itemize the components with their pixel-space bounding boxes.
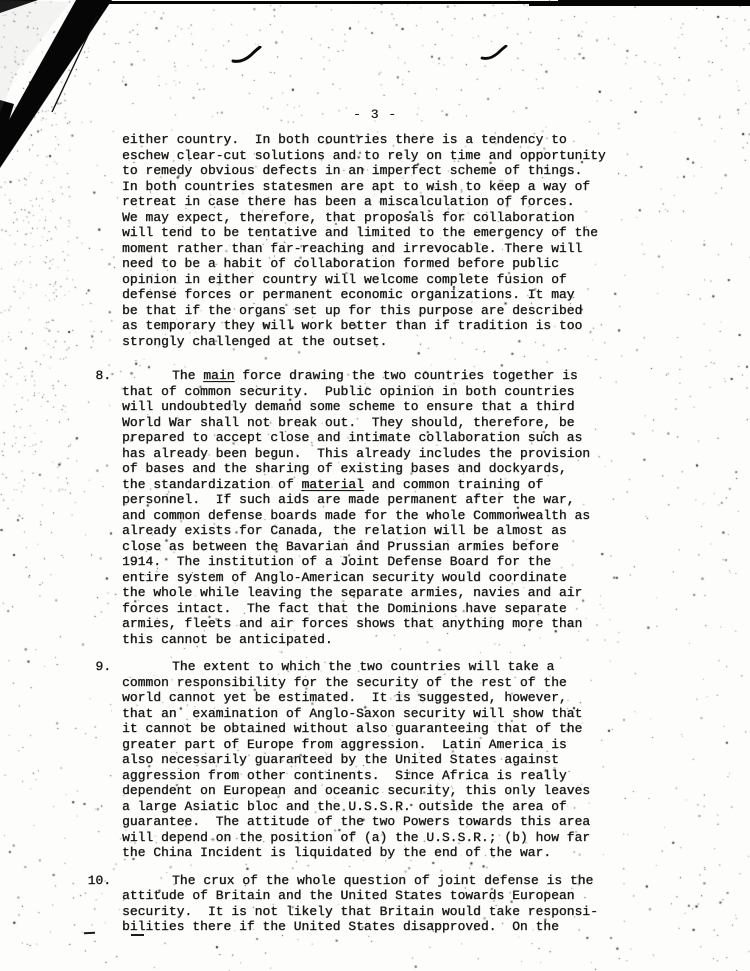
scan-corner-fold-artifact (0, 0, 200, 200)
paragraph-number: 9. (95, 659, 111, 675)
text-line: forces intact. The fact that the Dominio… (122, 601, 662, 617)
text-line: The extent to which the two countries wi… (122, 659, 662, 675)
paragraph-number: 10. (88, 873, 111, 889)
handwritten-checkmark-icon (231, 46, 263, 66)
text-line: The crux of the whole question of joint … (122, 873, 662, 889)
paragraph-9: 9.The extent to which the two countries … (122, 659, 662, 861)
text-line: The main force drawing the two countries… (122, 368, 662, 384)
text-line: as temporary they will work better than … (122, 318, 662, 334)
text-line: will depend on the position of (a) the U… (122, 830, 662, 846)
document-body: either country. In both countries there … (122, 132, 662, 935)
scan-edge-bar-top-right (558, 0, 750, 6)
text-line: prepared to accept close and intimate co… (122, 430, 662, 446)
text-line: need to be a habit of collaboration form… (122, 256, 662, 272)
paragraph-8: 8.The main force drawing the two countri… (122, 368, 662, 647)
text-line: will undoubtedly demand some scheme to e… (122, 399, 662, 415)
paragraph-continuation: either country. In both countries there … (122, 132, 662, 349)
text-line: a large Asiatic bloc and the U.S.S.R. ou… (122, 799, 662, 815)
text-line: it cannot be obtained without also guara… (122, 721, 662, 737)
text-line: opinion in either country will welcome c… (122, 272, 662, 288)
text-line: dependent on European and oceanic securi… (122, 783, 662, 799)
text-line: strongly challenged at the outset. (122, 334, 662, 350)
text-line: greater part of Europe from aggression. … (122, 737, 662, 753)
text-line: We may expect, therefore, that proposals… (122, 210, 662, 226)
text-line: world cannot yet be estimated. It is sug… (122, 690, 662, 706)
text-line: that of common security. Public opinion … (122, 384, 662, 400)
text-line: guarantee. The attitude of the two Power… (122, 814, 662, 830)
text-line: of bases and the sharing of existing bas… (122, 461, 662, 477)
text-line: eschew clear-cut solutions and to rely o… (122, 148, 662, 164)
paragraph-10: 10.The crux of the whole question of joi… (122, 873, 662, 935)
text-line: aggression from other continents. Since … (122, 768, 662, 784)
text-line: defense forces or permanent economic org… (122, 287, 662, 303)
text-line: personnel. If such aids are made permane… (122, 492, 662, 508)
scanned-document-page: - 3 - either country. In both countries … (0, 0, 750, 971)
text-line: attitude of Britain and the United State… (122, 888, 662, 904)
text-line: entire system of Anglo-American security… (122, 570, 662, 586)
text-line: also necessarily guaranteed by the Unite… (122, 752, 662, 768)
handwritten-checkmark-icon (480, 45, 508, 63)
text-line: moment rather than far-reaching and irre… (122, 241, 662, 257)
text-line: will tend to be tentative and limited to… (122, 225, 662, 241)
text-line: World War shall not break out. They shou… (122, 415, 662, 431)
text-line: this cannot be anticipated. (122, 632, 662, 648)
text-line: common responsibility for the security o… (122, 675, 662, 691)
text-line: either country. In both countries there … (122, 132, 662, 148)
text-line: be that if the organs set up for this pu… (122, 303, 662, 319)
stray-pen-dash (131, 934, 144, 936)
text-line: the China Incident is liquidated by the … (122, 845, 662, 861)
text-line: and common defense boards made for the w… (122, 508, 662, 524)
text-line: the standardization of material and comm… (122, 477, 662, 493)
text-line: armies, fleets and air forces shows that… (122, 616, 662, 632)
text-line: already exists for Canada, the relation … (122, 523, 662, 539)
text-line: 1914. The institution of a Joint Defense… (122, 554, 662, 570)
text-line: bilities there if the United States disa… (122, 919, 662, 935)
text-line: retreat in case there has been a miscalc… (122, 194, 662, 210)
text-line: that an examination of Anglo-Saxon secur… (122, 706, 662, 722)
text-line: has already been begun. This already inc… (122, 446, 662, 462)
text-line: security. It is not likely that Britain … (122, 904, 662, 920)
paragraph-number: 8. (95, 368, 111, 384)
stray-pen-dash (84, 932, 95, 935)
text-line: In both countries statesmen are apt to w… (122, 179, 662, 195)
text-line: the whole while leaving the separate arm… (122, 585, 662, 601)
text-line: to remedy obvious defects in an imperfec… (122, 163, 662, 179)
text-line: close as between the Bavarian and Prussi… (122, 539, 662, 555)
